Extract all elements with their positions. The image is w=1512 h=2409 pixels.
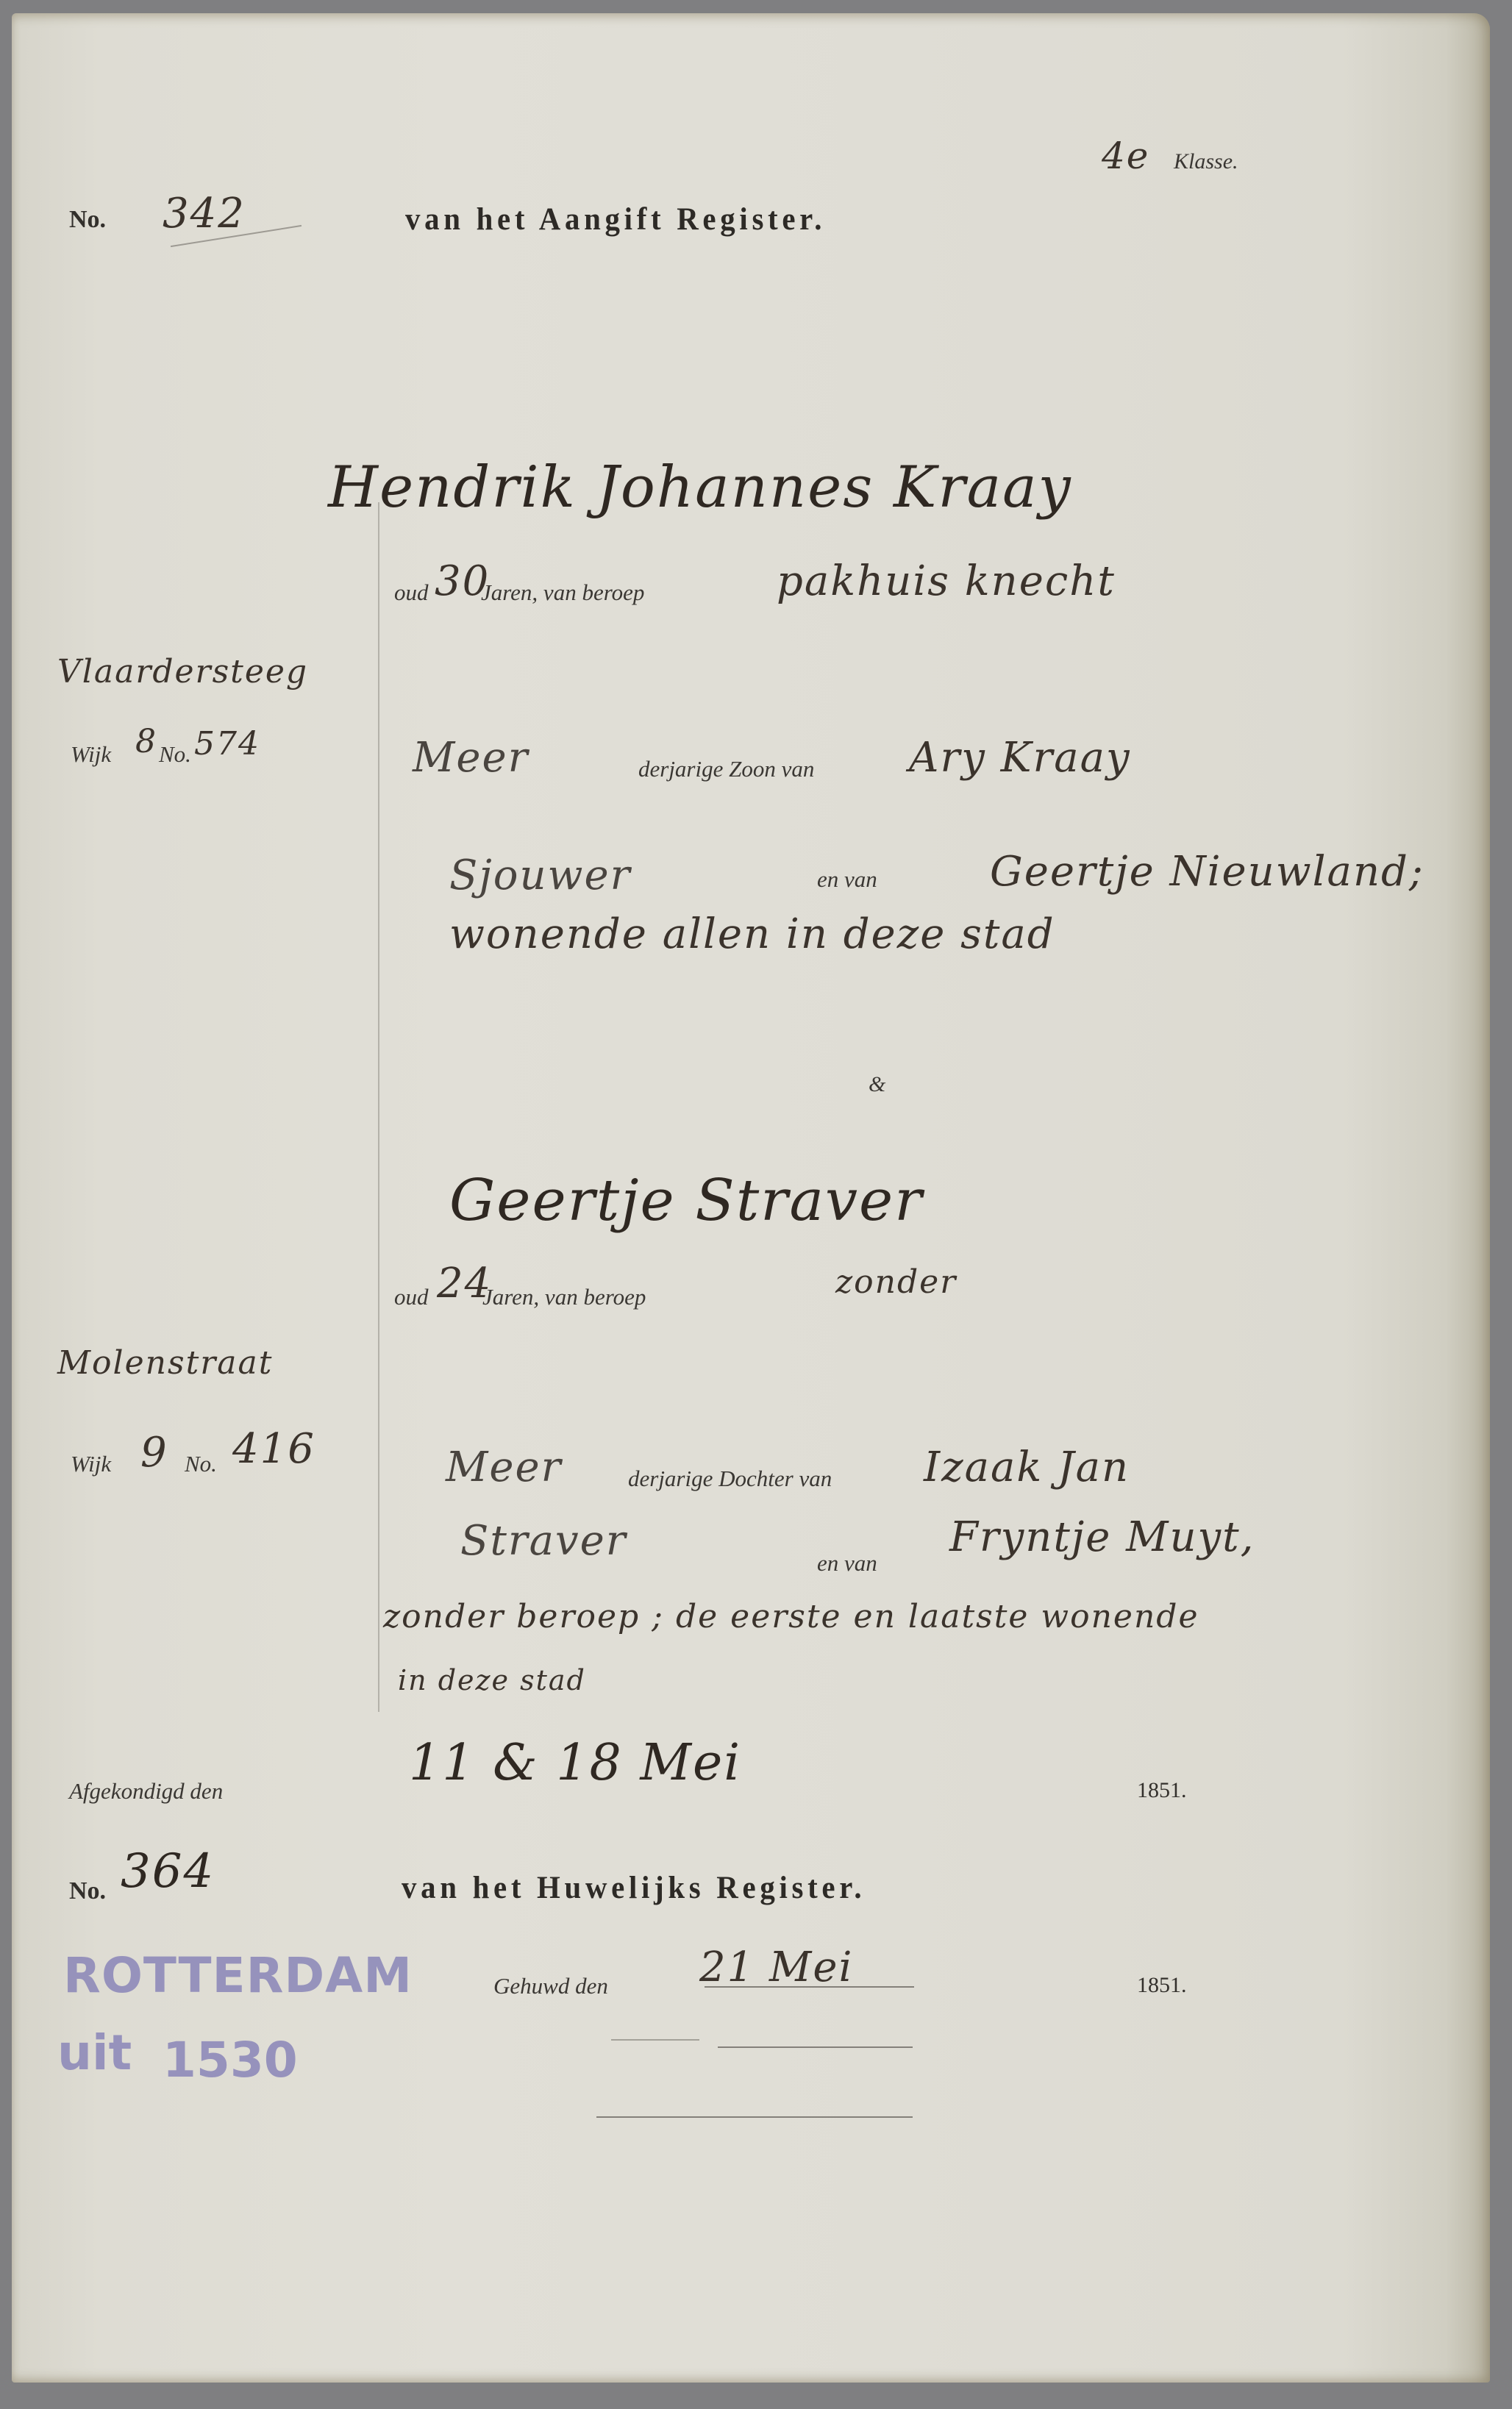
ampersand: & xyxy=(869,1072,885,1097)
groom-status-hand: Meer xyxy=(413,734,529,782)
bride-status-hand: Meer xyxy=(446,1443,562,1491)
bride-father: Izaak Jan xyxy=(924,1443,1130,1491)
bride-parents-note2: in deze stad xyxy=(398,1664,586,1696)
archive-stamp-line1: ROTTERDAM xyxy=(63,1947,413,2004)
aangift-no-label: No. xyxy=(69,206,106,234)
bride-wijk-no-label: No. xyxy=(185,1451,217,1477)
class-label: Klasse. xyxy=(1174,149,1238,174)
groom-wijk-value: 8 xyxy=(135,723,157,760)
groom-address-street: Vlaardersteeg xyxy=(57,653,308,690)
groom-and-of: en van xyxy=(817,866,877,893)
bride-mother: Fryntje Muyt, xyxy=(949,1513,1255,1561)
huwelijk-title: van het Huwelijks Register. xyxy=(402,1870,866,1906)
bride-address-street: Molenstraat xyxy=(57,1344,273,1382)
groom-name: Hendrik Johannes Kraay xyxy=(328,454,1072,521)
blank-line-1b xyxy=(718,2046,913,2048)
married-date: 21 Mei xyxy=(699,1944,853,1991)
groom-father: Ary Kraay xyxy=(909,734,1131,782)
groom-age-prefix: oud xyxy=(394,579,429,606)
class-value: 4e xyxy=(1102,135,1149,177)
groom-father-occupation: Sjouwer xyxy=(449,852,631,899)
margin-rule xyxy=(378,502,379,1712)
archive-stamp-line2b: 1530 xyxy=(163,2032,298,2088)
groom-age-suffix: Jaren, van beroep xyxy=(481,579,644,606)
groom-residence: wonende allen in deze stad xyxy=(449,910,1055,958)
groom-occupation: pakhuis knecht xyxy=(777,557,1116,605)
aangift-title: van het Aangift Register. xyxy=(405,201,826,238)
bride-occupation: zonder xyxy=(835,1263,957,1301)
bride-parents-note: zonder beroep ; de eerste en laatste won… xyxy=(383,1598,1199,1635)
groom-mother: Geertje Nieuwland; xyxy=(990,848,1424,896)
groom-wijk-no-label: No. xyxy=(159,741,191,768)
married-label: Gehuwd den xyxy=(493,1973,608,1999)
married-date-line xyxy=(705,1986,914,1988)
blank-line-1a xyxy=(611,2039,699,2041)
bride-father-surname: Straver xyxy=(460,1517,627,1565)
afgekondigd-label: Afgekondigd den xyxy=(69,1778,223,1805)
groom-wijk-no-value: 574 xyxy=(194,725,260,763)
bride-name: Geertje Straver xyxy=(449,1168,923,1234)
bride-and-of: en van xyxy=(817,1550,877,1577)
bride-wijk-label: Wijk xyxy=(71,1451,111,1477)
married-year: 1851. xyxy=(1137,1973,1187,1998)
afgekondigd-dates: 11 & 18 Mei xyxy=(409,1734,741,1792)
afgekondigd-year: 1851. xyxy=(1137,1778,1187,1803)
bride-wijk-value: 9 xyxy=(140,1429,168,1477)
huwelijk-no-value: 364 xyxy=(121,1844,215,1899)
bride-status-print: derjarige Dochter van xyxy=(628,1466,832,1492)
document-page: 4e Klasse. No. 342 van het Aangift Regis… xyxy=(12,13,1490,2383)
bride-age-suffix: Jaren, van beroep xyxy=(482,1284,646,1310)
huwelijk-no-label: No. xyxy=(69,1877,106,1905)
bride-wijk-no-value: 416 xyxy=(232,1425,315,1473)
blank-line-2 xyxy=(596,2116,913,2118)
groom-status-print: derjarige Zoon van xyxy=(638,756,814,782)
groom-wijk-label: Wijk xyxy=(71,741,111,768)
aangift-no-value: 342 xyxy=(163,190,246,238)
bride-age-prefix: oud xyxy=(394,1284,429,1310)
archive-stamp-line2a: uit xyxy=(57,2024,132,2081)
